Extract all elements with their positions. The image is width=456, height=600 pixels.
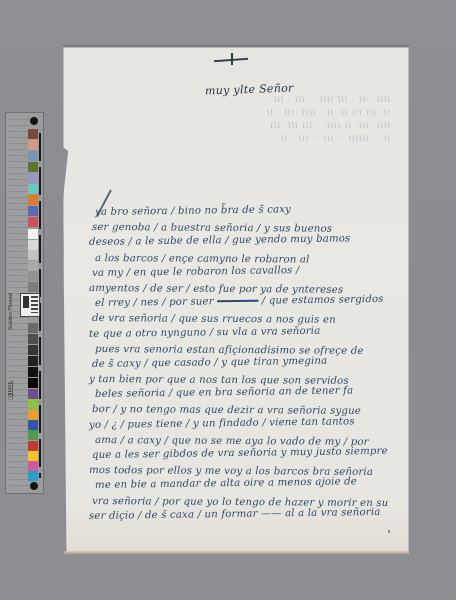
color-swatch — [28, 323, 38, 333]
handwritten-line: deseos / a le sube de ella / gue yendo m… — [89, 231, 410, 251]
color-swatch — [28, 334, 38, 344]
color-calibration-target: Golden Thread ID 11227 — [5, 112, 44, 494]
color-swatch — [28, 229, 38, 239]
bleed-line: ii ·· iiiiii ·· iii ·· iii · ii — [90, 134, 390, 147]
color-swatch — [28, 471, 38, 481]
handwritten-line: beles señoria / que en bra señoria an de… — [95, 383, 410, 403]
handwritten-line: ya bro señora / bino no b̃ra de s̃ caxy — [95, 201, 410, 221]
bleed-line: iiii· ·ii · iii iiii ·· iii · iii — [90, 95, 390, 108]
barcode-stripes — [31, 296, 38, 313]
color-swatch — [28, 282, 38, 292]
handwritten-line: que a les ser gibdos de vra señoria y mu… — [92, 444, 410, 464]
color-swatch — [28, 129, 38, 139]
color-swatch — [28, 271, 38, 281]
color-swatch — [28, 162, 38, 172]
cross-mark-icon — [214, 52, 248, 66]
color-swatch — [28, 173, 38, 183]
bleed-line: iiii ·iii· ii iiii· · iii iii ·iii — [90, 121, 390, 134]
color-swatch — [28, 217, 38, 227]
bleed-through-text: iiii· ·ii · iii iiii ·· iii · iiiii ·iii… — [90, 95, 390, 147]
color-swatch — [28, 399, 38, 409]
color-swatch — [28, 206, 38, 216]
handwritten-line: de s̃ caxy / que casado / y que tiran ym… — [92, 352, 410, 372]
color-swatch — [28, 184, 38, 194]
color-swatch — [28, 261, 38, 271]
target-hole-top — [30, 117, 38, 125]
color-swatch — [28, 367, 38, 377]
color-swatch — [28, 356, 38, 366]
struck-out-word: ———— — [217, 296, 259, 308]
color-swatch — [28, 151, 38, 161]
color-swatch — [28, 378, 38, 388]
letter-body: ya bro señora / bino no b̃ra de s̃ caxys… — [95, 205, 410, 524]
target-brand-label: Golden Thread — [8, 293, 14, 330]
color-swatch — [28, 195, 38, 205]
color-swatch — [28, 250, 38, 260]
color-swatch — [28, 240, 38, 250]
target-id-label — [20, 293, 40, 317]
handwritten-line: el rrey / nes / por suer ———— / que esta… — [95, 292, 410, 312]
barcode-icon — [23, 296, 29, 308]
color-swatch — [28, 420, 38, 430]
color-swatch — [28, 389, 38, 399]
bleed-line: ii ·iii iii ii ·ii · iiii ·iii · ii — [90, 108, 390, 121]
color-swatch — [28, 140, 38, 150]
handwritten-line: me en bie a mandar de alta oire a menos … — [95, 474, 410, 494]
target-code-label: ID 11227 — [8, 381, 13, 399]
paper-bottom-edge — [64, 551, 409, 554]
color-swatch — [28, 441, 38, 451]
color-swatch — [28, 461, 38, 471]
color-swatch — [28, 430, 38, 440]
color-swatch — [28, 451, 38, 461]
folio-mark — [388, 530, 390, 533]
color-swatch — [28, 410, 38, 420]
color-swatch — [28, 345, 38, 355]
target-hole-bottom — [30, 482, 38, 490]
